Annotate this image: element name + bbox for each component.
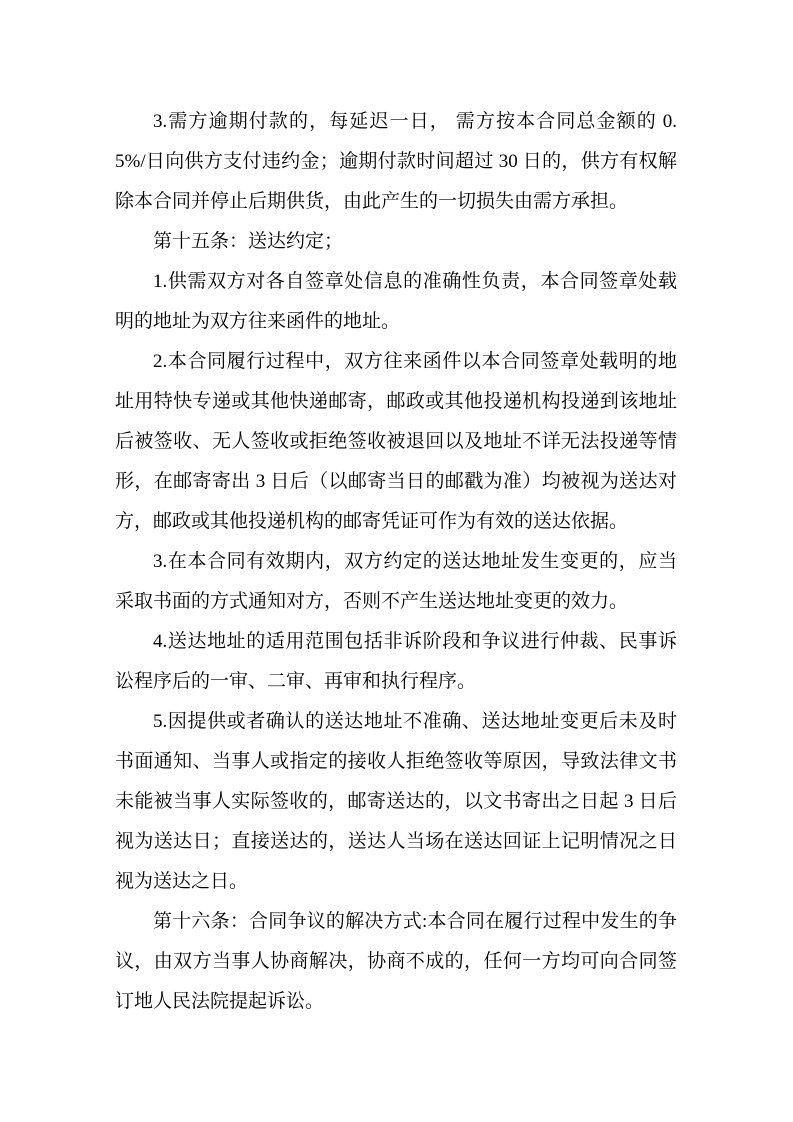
document-page: 3.需方逾期付款的，每延迟一日， 需方按本合同总金额的 0.5%/日向供方支付违… [0, 0, 793, 1122]
paragraph-overdue-payment-clause: 3.需方逾期付款的，每延迟一日， 需方按本合同总金额的 0.5%/日向供方支付违… [115, 102, 677, 222]
heading-article-15-service-of-documents: 第十五条：送达约定； [115, 222, 677, 262]
paragraph-article15-item3: 3.在本合同有效期内，双方约定的送达地址发生变更的，应当采取书面的方式通知对方，… [115, 542, 677, 622]
paragraph-article15-item5: 5.因提供或者确认的送达地址不准确、送达地址变更后未及时书面通知、当事人或指定的… [115, 702, 677, 902]
paragraph-article15-item2: 2.本合同履行过程中，双方往来函件以本合同签章处载明的地址用特快专递或其他快递邮… [115, 342, 677, 542]
paragraph-article15-item1: 1.供需双方对各自签章处信息的准确性负责，本合同签章处载明的地址为双方往来函件的… [115, 262, 677, 342]
paragraph-article15-item4: 4.送达地址的适用范围包括非诉阶段和争议进行仲裁、民事诉讼程序后的一审、二审、再… [115, 622, 677, 702]
paragraph-article-16-dispute-resolution: 第十六条：合同争议的解决方式:本合同在履行过程中发生的争议，由双方当事人协商解决… [115, 902, 677, 1022]
